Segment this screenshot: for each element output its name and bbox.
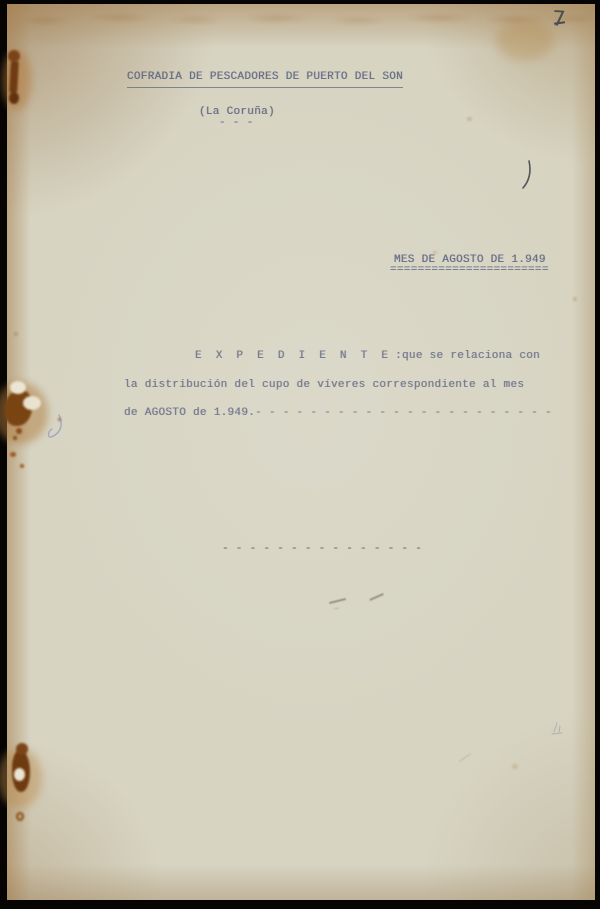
scanned-document-page: 7 COFRADIA DE PESCADORES DE PUERTO DEL S… bbox=[0, 0, 600, 909]
separator-dashes: - - - - - - - - - - - - - - - bbox=[222, 543, 422, 556]
page-content: 7 COFRADIA DE PESCADORES DE PUERTO DEL S… bbox=[0, 0, 600, 909]
expediente-line-1: E X P E D I E N T E :que se relaciona co… bbox=[195, 350, 540, 363]
rust-stain-bottom bbox=[2, 742, 48, 828]
document-title: COFRADIA DE PESCADORES DE PUERTO DEL SON bbox=[127, 71, 403, 88]
pencil-smudge bbox=[329, 598, 346, 604]
foxing-speck bbox=[573, 297, 577, 301]
expediente-line-2: la distribución del cupo de víveres corr… bbox=[124, 379, 524, 392]
pencil-smudge bbox=[334, 608, 339, 610]
water-stain-band bbox=[10, 12, 590, 26]
faint-scribble-mark bbox=[550, 720, 566, 736]
date-heading-underline: ======================= bbox=[390, 264, 549, 277]
foxing-speck bbox=[512, 764, 518, 769]
subtitle-underline-dashes: - - - bbox=[219, 117, 254, 130]
tan-stain-top-right bbox=[496, 20, 554, 60]
faint-pencil-stroke bbox=[459, 753, 471, 762]
pencil-smudge bbox=[369, 593, 383, 600]
foxing-speck bbox=[14, 332, 18, 336]
pen-stroke-mark bbox=[519, 160, 533, 190]
page-number: 7 bbox=[552, 9, 572, 35]
blue-pen-hook-mark bbox=[46, 414, 68, 442]
rust-staple-stain-top bbox=[4, 48, 34, 114]
foxing-speck bbox=[467, 117, 472, 121]
expediente-line-3: de AGOSTO de 1.949.- - - - - - - - - - -… bbox=[124, 407, 552, 420]
page-number-digit: 7 bbox=[551, 8, 572, 30]
